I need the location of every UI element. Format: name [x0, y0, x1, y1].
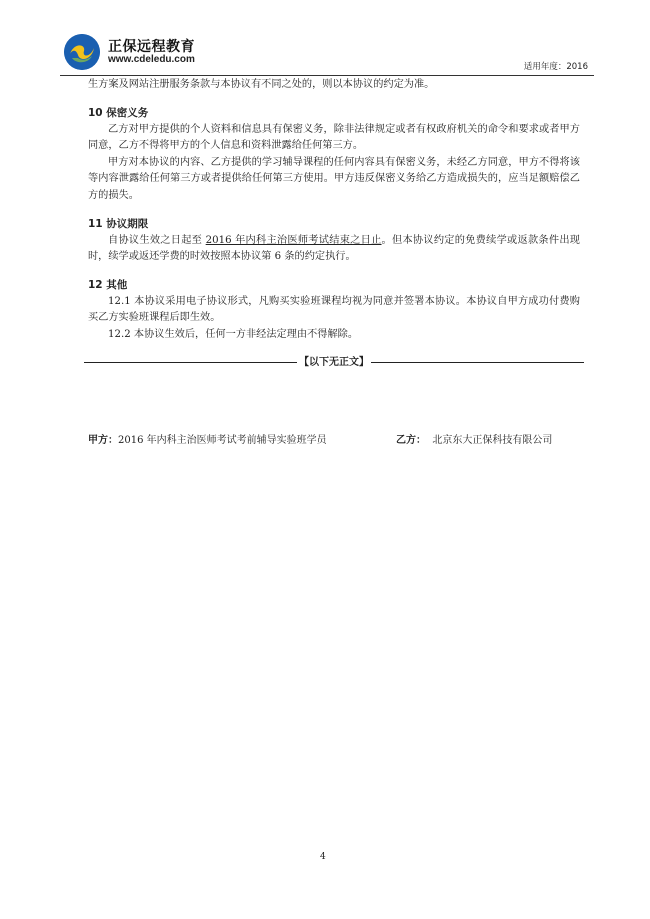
brand-url: www.cdeledu.com — [108, 54, 195, 65]
party-b: 乙方： 北京东大正保科技有限公司 — [396, 431, 552, 446]
brand-name: 正保远程教育 — [108, 36, 195, 56]
party-a-value: 2016 年内科主治医师考试考前辅导实验班学员 — [118, 435, 327, 446]
party-a-label: 甲方： — [88, 435, 118, 446]
page-header: 正保远程教育 www.cdeledu.com 适用年度：2016 — [60, 34, 594, 76]
end-of-text-label: 【以下无正文】 — [297, 355, 371, 372]
section-heading-term: 11 协议期限 — [88, 216, 580, 233]
document-body: 生方案及网站注册服务条款与本协议有不同之处的，则以本协议的约定为准。 10 保密… — [88, 77, 580, 371]
party-a: 甲方：2016 年内科主治医师考试考前辅导实验班学员 — [88, 431, 327, 446]
party-b-label: 乙方： — [396, 435, 426, 446]
divider — [84, 362, 297, 363]
paragraph: 12.1 本协议采用电子协议形式，凡购买实验班课程均视为同意并签署本协议。本协议… — [88, 294, 580, 327]
paragraph: 乙方对甲方提供的个人资料和信息具有保密义务，除非法律规定或者有权政府机关的命令和… — [88, 122, 580, 155]
party-b-value: 北京东大正保科技有限公司 — [432, 435, 552, 446]
header-divider — [60, 75, 594, 76]
term-end-date: 2016 年内科主治医师考试结束之日止 — [206, 235, 382, 246]
page-number: 4 — [320, 852, 326, 862]
paragraph: 自协议生效之日起至 2016 年内科主治医师考试结束之日止。但本协议约定的免费续… — [88, 233, 580, 266]
zhengbao-logo-icon — [64, 34, 100, 70]
applicable-year-label: 适用年度：2016 — [524, 60, 588, 72]
term-prefix: 自协议生效之日起至 — [108, 235, 206, 246]
end-of-text-marker: 【以下无正文】 — [84, 355, 584, 372]
section-heading-confidentiality: 10 保密义务 — [88, 105, 580, 122]
continuation-paragraph: 生方案及网站注册服务条款与本协议有不同之处的，则以本协议的约定为准。 — [88, 77, 580, 94]
paragraph: 12.2 本协议生效后，任何一方非经法定理由不得解除。 — [88, 327, 580, 344]
section-heading-other: 12 其他 — [88, 277, 580, 294]
divider — [371, 362, 584, 363]
paragraph: 甲方对本协议的内容、乙方提供的学习辅导课程的任何内容具有保密义务，未经乙方同意，… — [88, 155, 580, 205]
